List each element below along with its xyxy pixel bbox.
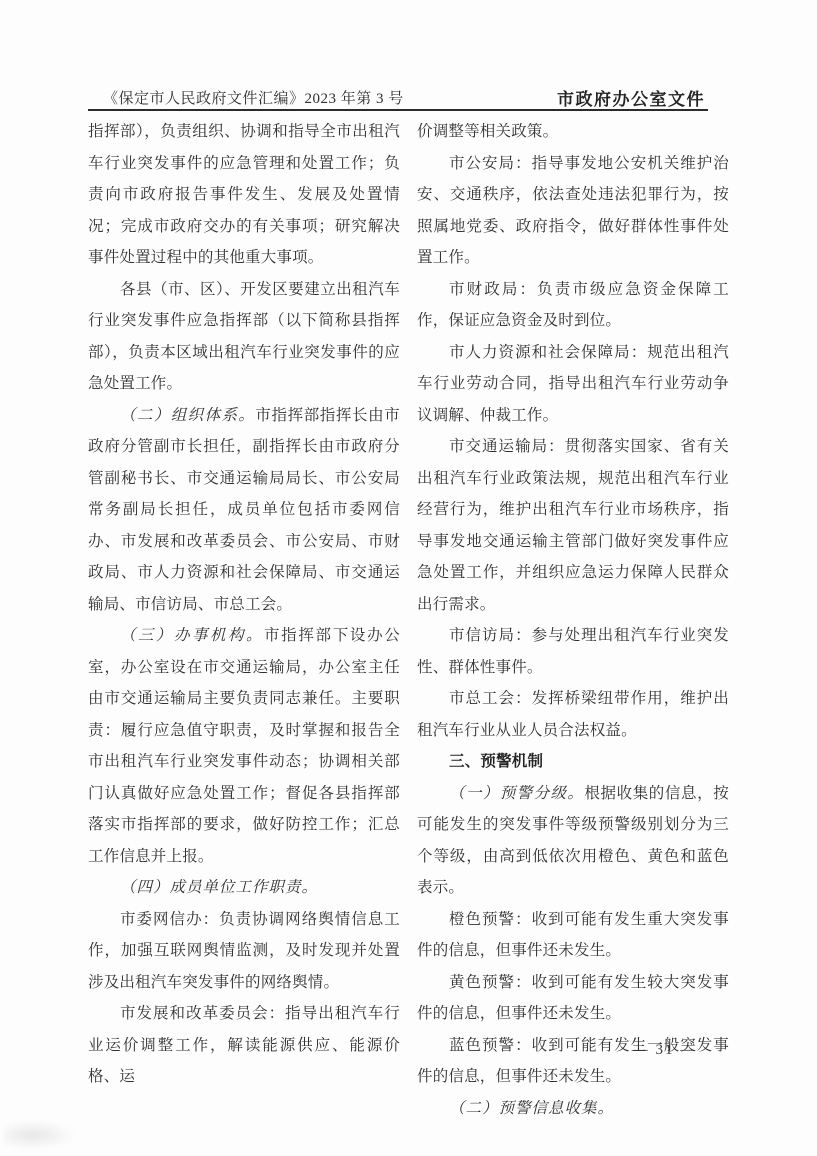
paragraph: 黄色预警：收到可能有发生较大突发事件的信息，但事件还未发生。 xyxy=(417,967,729,1030)
text-run-kai: （二）预警信息收集。 xyxy=(449,1100,614,1117)
text-run-body: 各县（市、区）、开发区要建立出租汽车行业突发事件应急指挥部（以下简称县指挥部），… xyxy=(88,281,400,393)
paragraph: 蓝色预警：收到可能有发生一般突发事件的信息，但事件还未发生。 xyxy=(417,1030,729,1093)
paragraph: 市信访局：参与处理出租汽车行业突发性、群体性事件。 xyxy=(417,620,729,683)
text-run-kai: （三）办事机构。 xyxy=(120,627,264,644)
text-run-body: 市发展和改革委员会：指导出租汽车行业运价调整工作，解读能源供应、能源价格、运 xyxy=(88,1005,400,1085)
text-run-body: 价调整等相关政策。 xyxy=(417,123,558,140)
paragraph: 市财政局：负责市级应急资金保障工作，保证应急资金及时到位。 xyxy=(417,274,729,337)
paragraph: 市委网信办：负责协调网络舆情信息工作，加强互联网舆情监测，及时发现并处置涉及出租… xyxy=(88,904,400,999)
text-run-body: 市指挥部指挥长由市政府分管副市长担任，副指挥长由市政府分管副秘书长、市交通运输局… xyxy=(88,407,400,613)
page-number: — 31 — xyxy=(600,1042,730,1059)
text-run-body: 市指挥部下设办公室，办公室设在市交通运输局，办公室主任由市交通运输局主要负责同志… xyxy=(88,627,400,865)
paragraph: 市交通运输局：贯彻落实国家、省有关出租汽车行业政策法规，规范出租汽车行业经营行为… xyxy=(417,431,729,620)
paragraph: 三、预警机制 xyxy=(417,746,729,778)
document-columns: 指挥部），负责组织、协调和指导全市出租汽车行业突发事件的应急管理和处置工作；负责… xyxy=(88,116,729,1124)
header-compilation-title: 《保定市人民政府文件汇编》2023 年第 3 号 xyxy=(103,87,404,108)
paragraph: （一）预警分级。根据收集的信息，按可能发生的突发事件等级预警级别划分为三个等级，… xyxy=(417,778,729,904)
text-run-heading: 三、预警机制 xyxy=(449,753,543,770)
text-run-body: 市人力资源和社会保障局：规范出租汽车行业劳动合同，指导出租汽车行业劳动争议调解、… xyxy=(417,344,729,424)
paragraph: 价调整等相关政策。 xyxy=(417,116,729,148)
text-run-body: 黄色预警：收到可能有发生较大突发事件的信息，但事件还未发生。 xyxy=(417,974,729,1023)
paragraph: 市人力资源和社会保障局：规范出租汽车行业劳动合同，指导出租汽车行业劳动争议调解、… xyxy=(417,337,729,432)
text-run-kai: （二）组织体系。 xyxy=(120,407,255,424)
paragraph: 市总工会：发挥桥梁纽带作用，维护出租汽车行业从业人员合法权益。 xyxy=(417,683,729,746)
paragraph: （二）预警信息收集。 xyxy=(417,1093,729,1125)
text-column-right: 价调整等相关政策。市公安局：指导事发地公安机关维护治安、交通秩序，依法查处违法犯… xyxy=(417,116,729,1124)
paragraph: 市公安局：指导事发地公安机关维护治安、交通秩序，依法查处违法犯罪行为，按照属地党… xyxy=(417,148,729,274)
paragraph: （三）办事机构。市指挥部下设办公室，办公室设在市交通运输局，办公室主任由市交通运… xyxy=(88,620,400,872)
document-page: 《保定市人民政府文件汇编》2023 年第 3 号 市政府办公室文件 指挥部），负… xyxy=(0,0,817,1156)
text-run-kai: （四）成员单位工作职责。 xyxy=(120,879,318,896)
paragraph: 橙色预警：收到可能有发生重大突发事件的信息，但事件还未发生。 xyxy=(417,904,729,967)
paragraph: （四）成员单位工作职责。 xyxy=(88,872,400,904)
header-document-category: 市政府办公室文件 xyxy=(557,85,705,110)
text-run-body: 市财政局：负责市级应急资金保障工作，保证应急资金及时到位。 xyxy=(417,281,729,330)
text-run-body: 市总工会：发挥桥梁纽带作用，维护出租汽车行业从业人员合法权益。 xyxy=(417,690,729,739)
text-run-body: 指挥部），负责组织、协调和指导全市出租汽车行业突发事件的应急管理和处置工作；负责… xyxy=(88,123,400,266)
text-run-body: 市公安局：指导事发地公安机关维护治安、交通秩序，依法查处违法犯罪行为，按照属地党… xyxy=(417,155,729,267)
text-run-body: 市信访局：参与处理出租汽车行业突发性、群体性事件。 xyxy=(417,627,729,676)
header-rule xyxy=(88,109,708,111)
text-run-body: 橙色预警：收到可能有发生重大突发事件的信息，但事件还未发生。 xyxy=(417,911,729,960)
paragraph: 各县（市、区）、开发区要建立出租汽车行业突发事件应急指挥部（以下简称县指挥部），… xyxy=(88,274,400,400)
paragraph: 市发展和改革委员会：指导出租汽车行业运价调整工作，解读能源供应、能源价格、运 xyxy=(88,998,400,1093)
scan-smudge-artifact xyxy=(4,1120,76,1150)
text-run-kai: （一）预警分级。 xyxy=(449,785,584,802)
text-run-body: 市交通运输局：贯彻落实国家、省有关出租汽车行业政策法规，规范出租汽车行业经营行为… xyxy=(417,438,729,613)
paragraph: （二）组织体系。市指挥部指挥长由市政府分管副市长担任，副指挥长由市政府分管副秘书… xyxy=(88,400,400,621)
text-run-body: 市委网信办：负责协调网络舆情信息工作，加强互联网舆情监测，及时发现并处置涉及出租… xyxy=(88,911,400,991)
text-column-left: 指挥部），负责组织、协调和指导全市出租汽车行业突发事件的应急管理和处置工作；负责… xyxy=(88,116,400,1124)
paragraph: 指挥部），负责组织、协调和指导全市出租汽车行业突发事件的应急管理和处置工作；负责… xyxy=(88,116,400,274)
